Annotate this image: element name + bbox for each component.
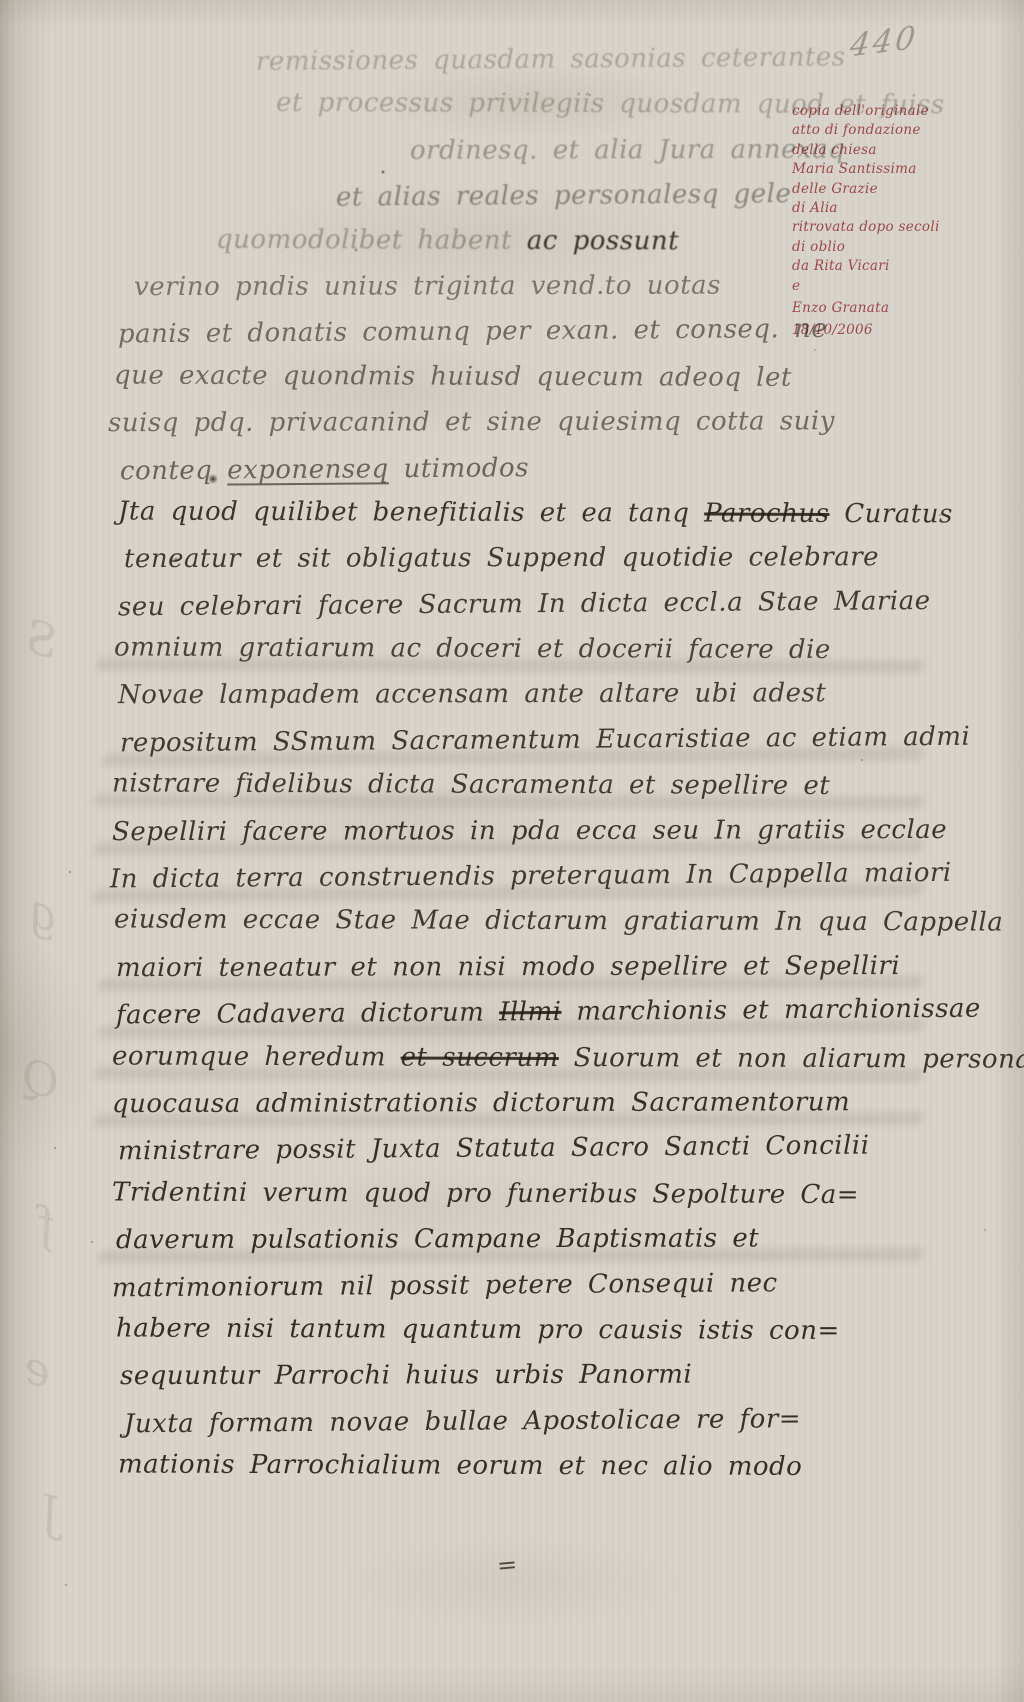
manuscript-line-segment: teneatur et sit obligatus Suppend quotid…: [124, 542, 879, 574]
manuscript-line: panis et donatis comunq per exan. et con…: [118, 313, 984, 365]
manuscript-line-segment: conteq: [120, 455, 227, 486]
manuscript-line: repositum SSmum Sacramentum Eucaristiae …: [120, 721, 984, 773]
manuscript-line: suisq pdq. privacanind et sine quiesimq …: [108, 406, 984, 454]
manuscript-line-segment: daverum pulsationis Campane Baptismatis …: [116, 1224, 759, 1256]
manuscript-line-segment: mationis Parrochialium eorum et nec alio…: [118, 1450, 802, 1482]
manuscript-line-segment: In dicta terra construendis preterquam I…: [110, 858, 952, 895]
manuscript-line-segment: panis et donatis comunq per exan. et con…: [118, 314, 827, 350]
manuscript-line: Novae lampadem accensam ante altare ubi …: [118, 678, 984, 726]
manuscript-line-segment: Suorum et non aliarum personarum: [559, 1043, 1024, 1075]
end-mark: =: [496, 1550, 518, 1580]
manuscript-line: Sepelliri facere mortuos in pda ecca seu…: [112, 814, 984, 862]
manuscript-line: ministrare possit Juxta Statuta Sacro Sa…: [118, 1130, 984, 1182]
manuscript-line: omnium gratiarum ac doceri et docerii fa…: [114, 633, 984, 681]
manuscript-line: Tridentini verum quod pro funeribus Sepo…: [112, 1177, 984, 1225]
manuscript-line-segment: Tridentini verum quod pro funeribus Sepo…: [112, 1177, 859, 1210]
manuscript-line: conteq exponenseq utimodos: [120, 449, 984, 501]
manuscript-line: mationis Parrochialium eorum et nec alio…: [118, 1450, 984, 1498]
manuscript-line: habere nisi tantum quantum pro causis is…: [116, 1313, 984, 1361]
manuscript-line: et processus privilegiis quosdam quod et…: [276, 88, 984, 136]
bleed-through-mark: Q: [16, 1048, 66, 1110]
manuscript-line: teneatur et sit obligatus Suppend quotid…: [124, 542, 984, 590]
manuscript-line: daverum pulsationis Campane Baptismatis …: [116, 1223, 984, 1271]
manuscript-line-segment: habere nisi tantum quantum pro causis is…: [116, 1313, 840, 1346]
manuscript-line: maiori teneatur et non nisi modo sepelli…: [116, 951, 984, 999]
bleed-through-mark: g: [24, 883, 66, 943]
manuscript-line-segment: sequuntur Parrochi huius urbis Panormi: [120, 1360, 692, 1391]
manuscript-line-segment: utimodos: [389, 453, 529, 484]
manuscript-line-segment: Illmi: [499, 997, 562, 1027]
manuscript-line: quomodolibet habent ac possunt: [216, 224, 984, 272]
manuscript-line-segment: et succrum: [401, 1042, 559, 1073]
manuscript-page: 440 copia dell'originaleatto di fondazio…: [0, 0, 1024, 1702]
manuscript-line: remissiones quasdam sasonias ceterantes: [256, 41, 984, 92]
manuscript-line-segment: quocausa administrationis dictorum Sacra…: [112, 1087, 850, 1119]
manuscript-line-segment: omnium gratiarum ac doceri et docerii fa…: [114, 633, 831, 666]
manuscript-line: matrimoniorum nil possit petere Consequi…: [112, 1266, 984, 1318]
manuscript-line-segment: Parochus: [704, 498, 829, 528]
manuscript-line-segment: Juxta formam novae bullae Apostolicae re…: [124, 1404, 801, 1439]
manuscript-line: eiusdem eccae Stae Mae dictarum gratiaru…: [114, 905, 984, 953]
manuscript-line-segment: maiori teneatur et non nisi modo sepelli…: [116, 951, 900, 983]
manuscript-line: eorumque heredum et succrum Suorum et no…: [112, 1041, 984, 1089]
manuscript-line-segment: Jta quod quilibet benefitialis et ea tan…: [118, 496, 704, 528]
manuscript-line-segment: et alias reales personalesq gele: [336, 179, 792, 213]
manuscript-line-segment: que exacte quondmis huiusd quecum adeoq …: [114, 360, 792, 392]
manuscript-line-segment: seu celebrari facere Sacrum In dicta ecc…: [118, 586, 931, 622]
manuscript-line-segment: facere Cadavera dictorum: [116, 998, 499, 1031]
manuscript-line: facere Cadavera dictorum Illmi marchioni…: [116, 994, 984, 1046]
manuscript-line-segment: suisq pdq. privacanind et sine quiesimq …: [108, 406, 835, 438]
manuscript-line: Jta quod quilibet benefitialis et ea tan…: [118, 496, 984, 544]
manuscript-line-segment: matrimoniorum nil possit petere Consequi…: [112, 1268, 778, 1303]
manuscript-line: nistrare fidelibus dicta Sacramenta et s…: [112, 769, 984, 817]
manuscript-line-segment: et processus privilegiis quosdam quod et…: [276, 88, 945, 120]
manuscript-line: verino pndis unius triginta vend.to uota…: [134, 270, 984, 318]
manuscript-line: que exacte quondmis huiusd quecum adeoq …: [114, 360, 984, 408]
manuscript-text: remissiones quasdam sasonias ceterantese…: [88, 44, 984, 1497]
manuscript-line: sequuntur Parrochi huius urbis Panormi: [120, 1359, 984, 1407]
manuscript-line: quocausa administrationis dictorum Sacra…: [112, 1087, 984, 1135]
manuscript-line: In dicta terra construendis preterquam I…: [110, 858, 984, 910]
bleed-through-mark: f: [32, 1197, 62, 1254]
manuscript-line-segment: ordinesq. et alia Jura annexaq: [410, 134, 845, 165]
manuscript-line-segment: repositum SSmum Sacramentum Eucaristiae …: [120, 722, 971, 759]
manuscript-line-segment: Curatus: [829, 499, 952, 529]
manuscript-line-segment: remissiones quasdam sasonias ceterantes: [256, 42, 846, 77]
bleed-through-mark: e: [18, 1340, 57, 1399]
manuscript-line-segment: exponenseq: [227, 454, 389, 485]
manuscript-line-segment: quomodolibet habent: [216, 224, 527, 255]
manuscript-line-segment: Novae lampadem accensam ante altare ubi …: [118, 679, 826, 711]
bleed-through-mark: J: [36, 1485, 67, 1542]
manuscript-line: Juxta formam novae bullae Apostolicae re…: [124, 1402, 984, 1454]
manuscript-line: et alias reales personalesq gele: [336, 178, 984, 228]
manuscript-line-segment: marchionis et marchionissae: [561, 994, 981, 1027]
manuscript-line-segment: verino pndis unius triginta vend.to uota…: [134, 271, 721, 303]
manuscript-line-segment: eorumque heredum: [112, 1041, 401, 1072]
manuscript-line-segment: nistrare fidelibus dicta Sacramenta et s…: [112, 769, 830, 802]
manuscript-line: ordinesq. et alia Jura annexaq: [410, 134, 984, 181]
bleed-through-mark: S: [20, 609, 64, 669]
manuscript-line-segment: ministrare possit Juxta Statuta Sacro Sa…: [118, 1131, 870, 1167]
manuscript-line-segment: eiusdem eccae Stae Mae dictarum gratiaru…: [114, 905, 1003, 938]
manuscript-line-segment: ac possunt: [527, 225, 679, 256]
manuscript-line: seu celebrari facere Sacrum In dicta ecc…: [118, 585, 984, 637]
manuscript-line-segment: Sepelliri facere mortuos in pda ecca seu…: [112, 815, 947, 847]
